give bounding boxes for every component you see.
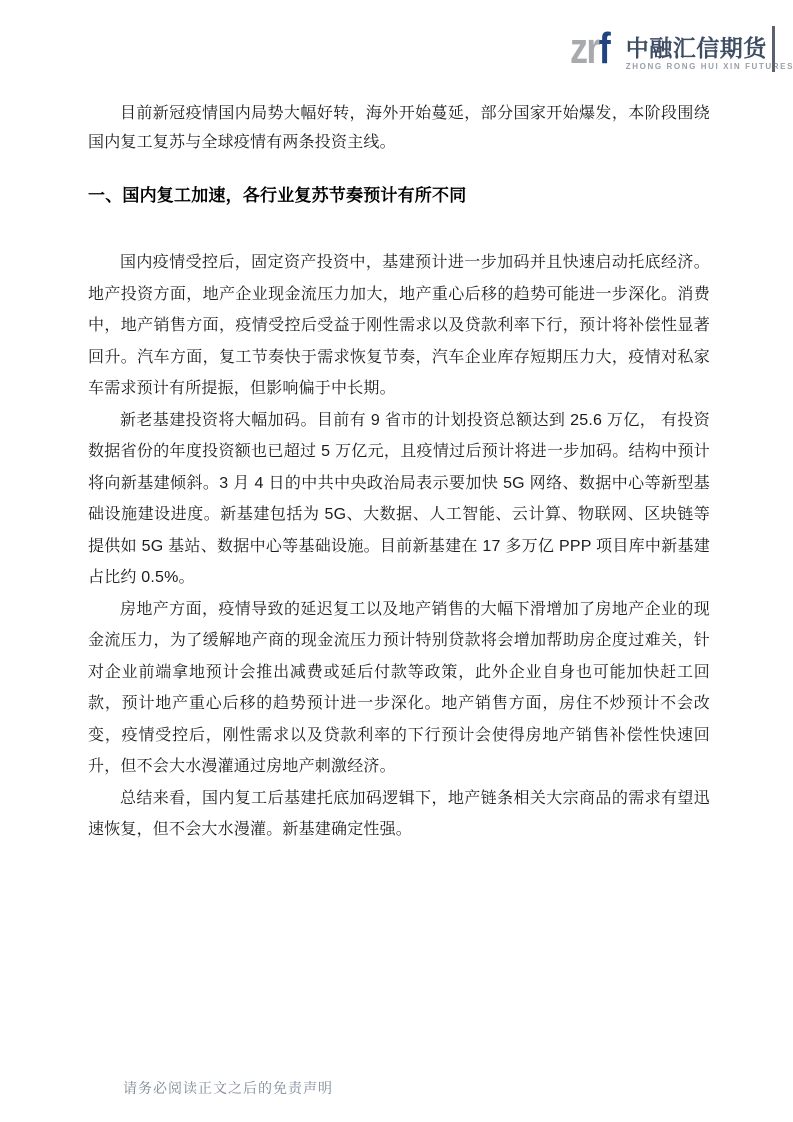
section1-paragraph-1: 国内疫情受控后，固定资产投资中，基建预计进一步加码并且快速启动托底经济。地产投资… (88, 247, 710, 405)
document-content: 目前新冠疫情国内局势大幅好转，海外开始蔓延，部分国家开始爆发，本阶段围绕国内复工… (88, 99, 710, 846)
report-page: zrf 中融汇信期货 ZHONG RONG HUI XIN FUTURES 目前… (0, 0, 793, 1122)
footer-disclaimer: 请务必阅读正文之后的免责声明 (123, 1078, 333, 1098)
logo-zrf-mark: zrf (570, 24, 609, 74)
logo-name-block: 中融汇信期货 ZHONG RONG HUI XIN FUTURES (626, 35, 793, 74)
section1-paragraph-4: 总结来看，国内复工后基建托底加码逻辑下，地产链条相关大宗商品的需求有望迅速恢复，… (88, 783, 710, 846)
company-logo: zrf 中融汇信期货 ZHONG RONG HUI XIN FUTURES (570, 18, 793, 74)
section1-paragraph-3: 房地产方面，疫情导致的延迟复工以及地产销售的大幅下滑增加了房地产企业的现金流压力… (88, 594, 710, 783)
logo-f-letter: f (599, 24, 609, 73)
logo-zr-letters: zr (570, 24, 599, 73)
logo-divider-bar (772, 26, 775, 72)
intro-paragraph: 目前新冠疫情国内局势大幅好转，海外开始蔓延，部分国家开始爆发，本阶段围绕国内复工… (88, 99, 710, 157)
section1-heading: 一、国内复工加速，各行业复苏节奏预计有所不同 (88, 181, 710, 211)
company-name-cn: 中融汇信期货 (626, 35, 793, 61)
company-name-en: ZHONG RONG HUI XIN FUTURES (626, 61, 793, 72)
section1-body: 国内疫情受控后，固定资产投资中，基建预计进一步加码并且快速启动托底经济。地产投资… (88, 247, 710, 846)
section1-paragraph-2: 新老基建投资将大幅加码。目前有 9 省市的计划投资总额达到 25.6 万亿， 有… (88, 405, 710, 594)
